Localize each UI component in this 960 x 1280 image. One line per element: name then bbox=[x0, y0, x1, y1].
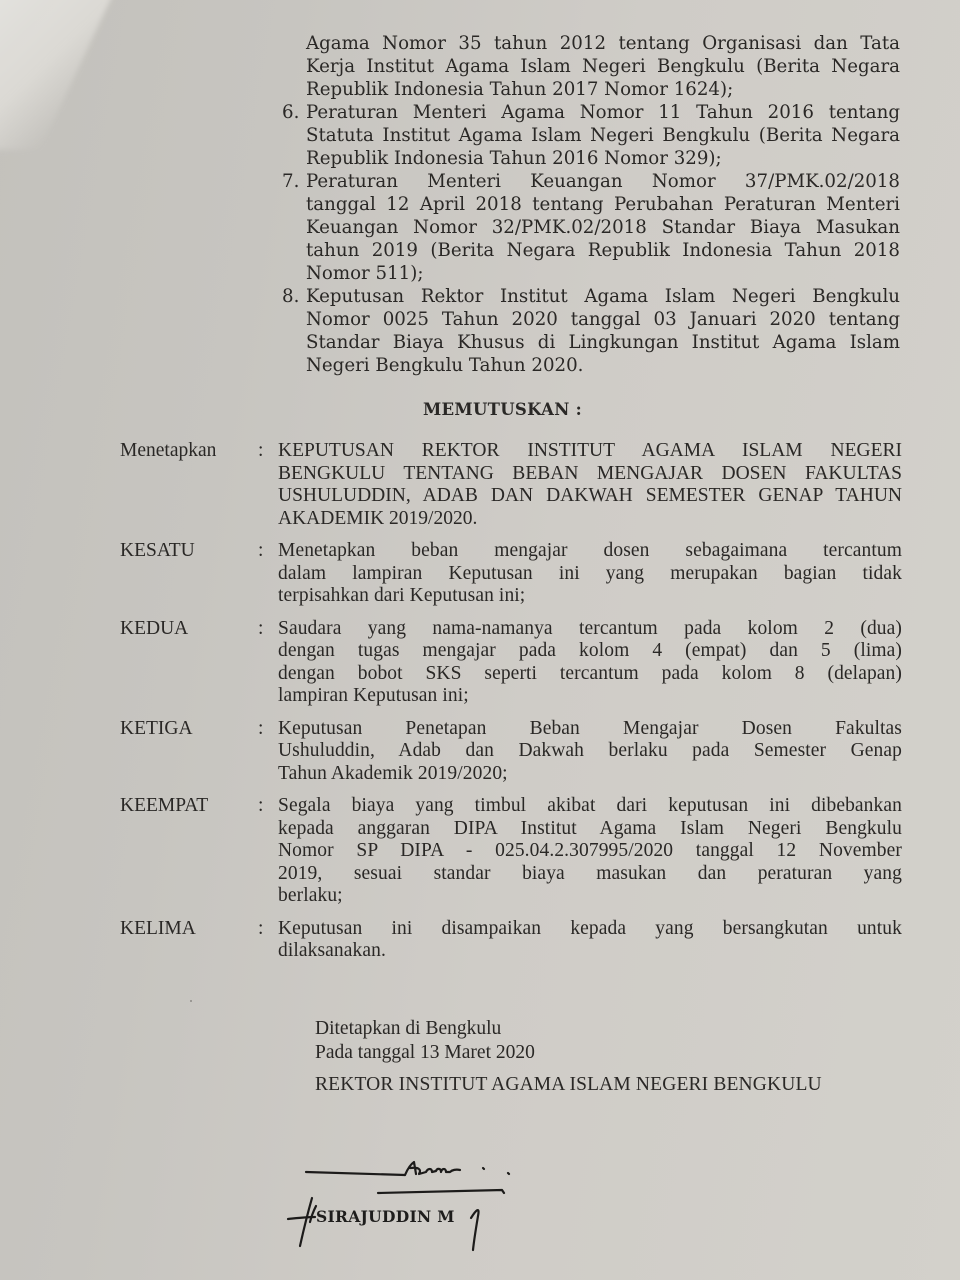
list-item: Agama Nomor 35 tahun 2012 tentang Organi… bbox=[282, 32, 900, 101]
article-text-line: AKADEMIK 2019/2020. bbox=[278, 508, 902, 531]
article-label: KEDUA bbox=[120, 618, 258, 708]
article-text-line: Saudara yang nama-namanya tercantum pada… bbox=[278, 618, 902, 641]
article-text-line: Segala biaya yang timbul akibat dari kep… bbox=[278, 795, 902, 818]
list-item-line: Keputusan Rektor Institut Agama Islam Ne… bbox=[306, 285, 900, 308]
decision-heading: MEMUTUSKAN : bbox=[0, 400, 960, 419]
article-text-line: dilaksanakan. bbox=[278, 940, 902, 963]
decree-page: Agama Nomor 35 tahun 2012 tentang Organi… bbox=[0, 0, 960, 1280]
article-text-line: dengan tugas mengajar pada kolom 4 (empa… bbox=[278, 640, 902, 663]
article-text-line: berlaku; bbox=[278, 885, 902, 908]
article-text: Segala biaya yang timbul akibat dari kep… bbox=[278, 795, 902, 908]
article-text-line: Tahun Akademik 2019/2020; bbox=[278, 763, 902, 786]
list-item: 6.Peraturan Menteri Agama Nomor 11 Tahun… bbox=[282, 101, 900, 170]
article-text: Keputusan Penetapan Beban Mengajar Dosen… bbox=[278, 718, 902, 786]
article-text: Keputusan ini disampaikan kepada yang be… bbox=[278, 918, 902, 963]
list-item-line: Agama Nomor 35 tahun 2012 tentang Organi… bbox=[306, 32, 900, 55]
handwritten-signature-icon bbox=[280, 1150, 520, 1260]
list-item-number: 8. bbox=[282, 285, 299, 308]
list-item-line: Nomor 0025 Tahun 2020 tanggal 03 Januari… bbox=[306, 308, 900, 331]
article-colon: : bbox=[258, 718, 278, 786]
list-item-number: 6. bbox=[282, 101, 299, 124]
article-text-line: dalam lampiran Keputusan ini yang merupa… bbox=[278, 563, 902, 586]
article-text-line: dengan bobot SKS seperti tercantum pada … bbox=[278, 663, 902, 686]
list-item-line: tahun 2019 (Berita Negara Republik Indon… bbox=[306, 239, 900, 262]
article-colon: : bbox=[258, 540, 278, 608]
article-kedua: KEDUA:Saudara yang nama-namanya tercantu… bbox=[120, 618, 902, 708]
article-text-line: Keputusan Penetapan Beban Mengajar Dosen… bbox=[278, 718, 902, 741]
article-label: KETIGA bbox=[120, 718, 258, 786]
article-colon: : bbox=[258, 618, 278, 708]
list-item-line: Republik Indonesia Tahun 2016 Nomor 329)… bbox=[306, 147, 900, 170]
article-text: Saudara yang nama-namanya tercantum pada… bbox=[278, 618, 902, 708]
decree-date: Pada tanggal 13 Maret 2020 bbox=[315, 1041, 822, 1065]
article-ketiga: KETIGA:Keputusan Penetapan Beban Mengaja… bbox=[120, 718, 902, 786]
list-item-line: tanggal 12 April 2018 tentang Perubahan … bbox=[306, 193, 900, 216]
list-item: 8.Keputusan Rektor Institut Agama Islam … bbox=[282, 285, 900, 377]
article-text-line: lampiran Keputusan ini; bbox=[278, 685, 902, 708]
article-kesatu: KESATU:Menetapkan beban mengajar dosen s… bbox=[120, 540, 902, 608]
list-item-number: 7. bbox=[282, 170, 299, 193]
article-text-line: Ushuluddin, Adab dan Dakwah berlaku pada… bbox=[278, 740, 902, 763]
article-colon: : bbox=[258, 918, 278, 963]
article-menetapkan: Menetapkan:KEPUTUSAN REKTOR INSTITUT AGA… bbox=[120, 440, 902, 530]
article-text-line: 2019, sesuai standar biaya masukan dan p… bbox=[278, 863, 902, 886]
article-text-line: kepada anggaran DIPA Institut Agama Isla… bbox=[278, 818, 902, 841]
article-text-line: Nomor SP DIPA - 025.04.2.307995/2020 tan… bbox=[278, 840, 902, 863]
article-label: Menetapkan bbox=[120, 440, 258, 530]
list-item-line: Statuta Institut Agama Islam Negeri Beng… bbox=[306, 124, 900, 147]
article-colon: : bbox=[258, 440, 278, 530]
list-item: 7.Peraturan Menteri Keuangan Nomor 37/PM… bbox=[282, 170, 900, 285]
list-item-line: Peraturan Menteri Agama Nomor 11 Tahun 2… bbox=[306, 101, 900, 124]
article-label: KELIMA bbox=[120, 918, 258, 963]
article-text-line: KEPUTUSAN REKTOR INSTITUT AGAMA ISLAM NE… bbox=[278, 440, 902, 463]
article-text-line: Keputusan ini disampaikan kepada yang be… bbox=[278, 918, 902, 941]
article-label: KEEMPAT bbox=[120, 795, 258, 908]
paper-speck bbox=[190, 1000, 192, 1002]
article-text-line: USHULUDDIN, ADAB DAN DAKWAH SEMESTER GEN… bbox=[278, 485, 902, 508]
signer-name: SIRAJUDDIN M bbox=[316, 1207, 455, 1226]
list-item-line: Negeri Bengkulu Tahun 2020. bbox=[306, 354, 900, 377]
article-colon: : bbox=[258, 795, 278, 908]
article-kelima: KELIMA:Keputusan ini disampaikan kepada … bbox=[120, 918, 902, 963]
article-text: Menetapkan beban mengajar dosen sebagaim… bbox=[278, 540, 902, 608]
list-item-line: Standar Biaya Khusus di Lingkungan Insti… bbox=[306, 331, 900, 354]
list-item-line: Kerja Institut Agama Islam Negeri Bengku… bbox=[306, 55, 900, 78]
article-text-line: Menetapkan beban mengajar dosen sebagaim… bbox=[278, 540, 902, 563]
decree-place: Ditetapkan di Bengkulu bbox=[315, 1017, 822, 1041]
article-label: KESATU bbox=[120, 540, 258, 608]
list-item-line: Nomor 511); bbox=[306, 262, 900, 285]
article-text-line: terpisahkan dari Keputusan ini; bbox=[278, 585, 902, 608]
signature-block: Ditetapkan di Bengkulu Pada tanggal 13 M… bbox=[315, 1017, 822, 1097]
signer-title: REKTOR INSTITUT AGAMA ISLAM NEGERI BENGK… bbox=[315, 1073, 822, 1097]
list-item-line: Republik Indonesia Tahun 2017 Nomor 1624… bbox=[306, 78, 900, 101]
list-item-line: Peraturan Menteri Keuangan Nomor 37/PMK.… bbox=[306, 170, 900, 193]
article-text: KEPUTUSAN REKTOR INSTITUT AGAMA ISLAM NE… bbox=[278, 440, 902, 530]
article-text-line: BENGKULU TENTANG BEBAN MENGAJAR DOSEN FA… bbox=[278, 463, 902, 486]
legal-basis-list: Agama Nomor 35 tahun 2012 tentang Organi… bbox=[282, 32, 900, 377]
article-keempat: KEEMPAT:Segala biaya yang timbul akibat … bbox=[120, 795, 902, 908]
list-item-line: Keuangan Nomor 32/PMK.02/2018 Standar Bi… bbox=[306, 216, 900, 239]
decision-articles: Menetapkan:KEPUTUSAN REKTOR INSTITUT AGA… bbox=[120, 440, 902, 973]
